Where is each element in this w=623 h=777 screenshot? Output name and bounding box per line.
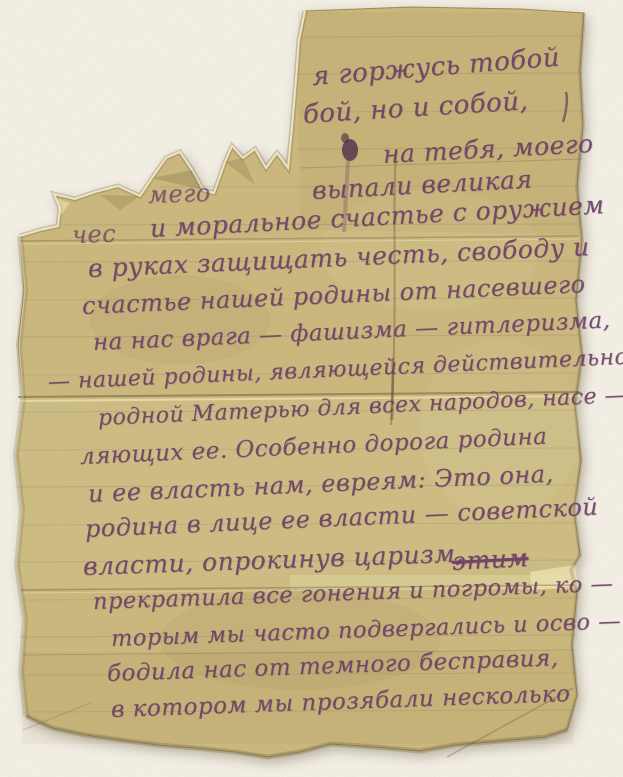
letter-line-17: бодила нас от темного бесправия, [107, 645, 559, 688]
letter-line-14-struck-word: этим [451, 543, 529, 577]
letter-line-3: на тебя, моего [382, 129, 594, 170]
letter-line-5-left-fragment: чес [71, 219, 116, 249]
letter-text-layer: я горжусь тобой бой, но и собой, на тебя… [0, 0, 623, 777]
letter-line-18: в котором мы прозябали несколько [111, 681, 571, 725]
letter-line-14: власти, опрокинув царизм, [82, 539, 464, 582]
letter-line-4-left-fragment: мего [147, 179, 211, 210]
letter-line-2: бой, но и собой, [302, 86, 529, 131]
photo-canvas: я горжусь тобой бой, но и собой, на тебя… [0, 0, 623, 777]
